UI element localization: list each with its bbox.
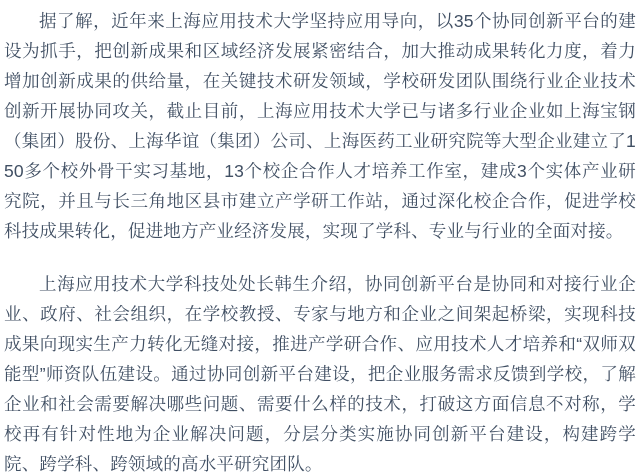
paragraph-2: 上海应用技术大学科技处处长韩生介绍，协同创新平台是协同和对接行业企业、政府、社会… — [4, 269, 636, 474]
paragraph-1: 据了解，近年来上海应用技术大学坚持应用导向，以35个协同创新平台的建设为抓手，把… — [4, 6, 636, 246]
article-body: 据了解，近年来上海应用技术大学坚持应用导向，以35个协同创新平台的建设为抓手，把… — [0, 0, 640, 474]
